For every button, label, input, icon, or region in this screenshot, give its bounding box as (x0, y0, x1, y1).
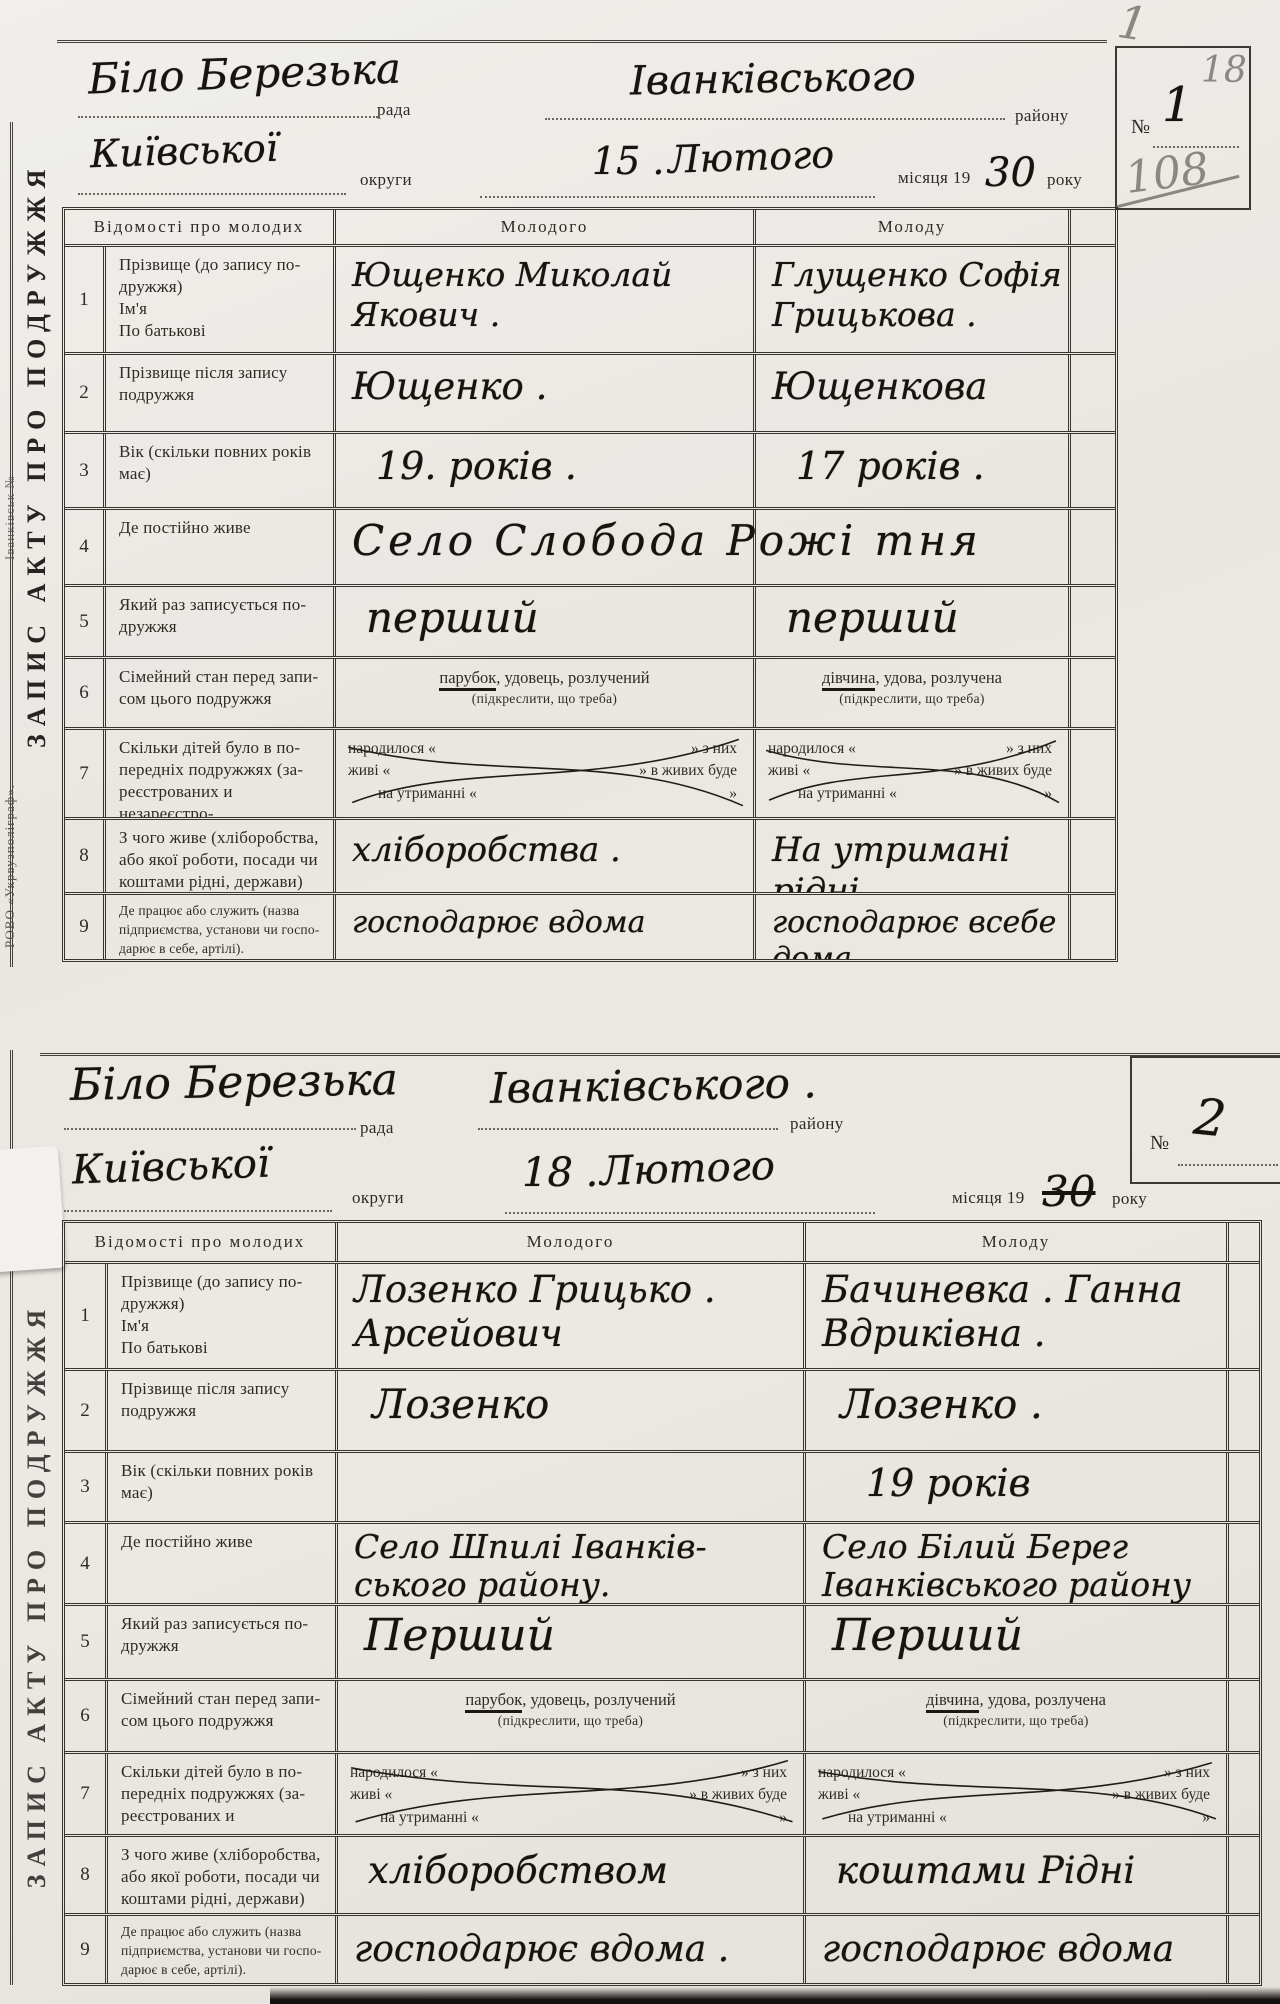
printer-imprint-2: Іванківськ № (2, 240, 18, 560)
blank-line (478, 1128, 778, 1130)
record-number-box-1: № 1 18 108 (1115, 46, 1251, 210)
table-row: 7 Скільки дітей було в по- передніх подр… (65, 1751, 1259, 1834)
blank-cell (1068, 587, 1121, 656)
underlined-option: парубок (465, 1690, 522, 1713)
margin-title-form2: ЗАПИС АКТУ ПРО ПОДРУЖЖЯ (22, 1295, 52, 1895)
margin-title-form1: ЗАПИС АКТУ ПРО ПОДРУЖЖЯ (22, 163, 52, 748)
okruha-name-handwritten: Київської (89, 129, 278, 175)
okruhy-label: округи (352, 1188, 404, 1208)
blank-cell (1068, 247, 1121, 352)
record-number-handwritten: 1 (1162, 80, 1193, 130)
record-number-box-2: № 2 (1130, 1056, 1280, 1184)
table-row: 2 Прізвище після запису подружжя Лозенко… (65, 1368, 1259, 1450)
table-row: 6 Сімейний стан перед запи- сом цього по… (65, 656, 1115, 727)
row-label: Скільки дітей було в по- передніх подруж… (103, 730, 333, 817)
groom-workplace: господарює вдома (333, 895, 753, 959)
table-row: 4 Де постійно живе Село Слобода Рожі тня (65, 507, 1115, 584)
underline-instruction: (підкреслити, що треба) (338, 1713, 803, 1729)
blank-line (64, 1128, 356, 1130)
year-handwritten: 30 (1042, 1170, 1095, 1214)
bride-children-fields: народилося «» з них живі «» в живих буде… (803, 1754, 1226, 1834)
marriage-record-table-2: Відомості про молодих Молодого Молоду 1 … (62, 1220, 1262, 1986)
table-row: 4 Де постійно живе Село Шпилі Іванків- с… (65, 1521, 1259, 1603)
groom-children-fields: народилося «» з них живі «» в живих буде… (333, 730, 753, 817)
blank-line (545, 118, 1005, 120)
row-number: 8 (65, 820, 103, 892)
blank-cell (1226, 1524, 1265, 1603)
pencil-number-overlay: 18 (1201, 50, 1247, 91)
blank-cell (1226, 1453, 1265, 1521)
column-header-groom: Молодого (333, 210, 753, 244)
row-number: 3 (65, 1453, 105, 1521)
table-row: 5 Який раз записується по- дружжя Перший… (65, 1603, 1259, 1678)
roku-label: року (1047, 170, 1082, 190)
blank-cell (1226, 1681, 1265, 1751)
row-number: 2 (65, 1371, 105, 1450)
blank-cell (1068, 510, 1121, 584)
bride-workplace: господарює всебе дома (753, 895, 1068, 959)
bride-marriage-count: Перший (803, 1606, 1226, 1678)
raionu-label: району (1015, 106, 1069, 126)
row-label: Де працює або служить (назва підприємств… (105, 1916, 335, 1983)
bride-married-surname: Лозенко . (803, 1371, 1226, 1450)
blank-cell (1068, 820, 1121, 892)
blank-cell (1226, 1606, 1265, 1678)
row-number: 5 (65, 587, 103, 656)
bride-age: 17 років . (753, 434, 1068, 507)
blank-line (78, 193, 346, 195)
crossout-mark (342, 1757, 797, 1829)
bride-married-surname: Ющенкова (753, 355, 1068, 431)
bride-livelihood: коштами Рідні (803, 1837, 1226, 1913)
row-label: Прізвище (до запису по- дружжя) Ім'я По … (105, 1264, 335, 1368)
raion-name-handwritten: Іванківського (630, 56, 916, 103)
groom-workplace: господарює вдома . (335, 1916, 803, 1983)
row-label: Де постійно живе (105, 1524, 335, 1603)
row-label: З чого живе (хліборобства, або якої робо… (103, 820, 333, 892)
column-header-bride: Молоду (803, 1223, 1226, 1261)
okruhy-label: округи (360, 170, 412, 190)
record-number-handwritten: 2 (1191, 1090, 1228, 1146)
pencil-page-number: 1 (1114, 0, 1151, 52)
blank-cell (1068, 895, 1121, 959)
groom-marriage-count: Перший (335, 1606, 803, 1678)
column-header-info: Відомості про молодих (65, 1223, 335, 1261)
form1-top-rule (57, 40, 1107, 43)
row-label: Прізвище після запису подружжя (103, 355, 333, 431)
row-number: 3 (65, 434, 103, 507)
table-row: 7 Скільки дітей було в по- передніх подр… (65, 727, 1115, 817)
rada-label: рада (377, 100, 411, 120)
blank-cell (1226, 1754, 1265, 1834)
blank-line (64, 1210, 332, 1212)
council-name-handwritten: Біло Березька (70, 1057, 399, 1109)
blank-line (480, 196, 875, 198)
row-number: 7 (65, 730, 103, 817)
table-row: 9 Де працює або служить (назва підприємс… (65, 892, 1115, 959)
underline-instruction: (підкреслити, що треба) (756, 691, 1068, 707)
row-number: 9 (65, 1916, 105, 1983)
month-handwritten: Лютого (599, 1145, 775, 1193)
table-header-row: Відомості про молодих Молодого Молоду (65, 1223, 1259, 1261)
groom-children-fields: народилося «» з них живі «» в живих буде… (335, 1754, 803, 1834)
table-row: 1 Прізвище (до запису по- дружжя) Ім'я П… (65, 1261, 1259, 1368)
column-header-blank (1226, 1223, 1265, 1261)
row-label: З чого живе (хліборобства, або якої робо… (105, 1837, 335, 1913)
torn-paper-patch (0, 1146, 66, 1273)
row-label: Прізвище після запису подружжя (105, 1371, 335, 1450)
table-header-row: Відомості про молодих Молодого Молоду (65, 210, 1115, 244)
row-number: 6 (65, 659, 103, 727)
form2-top-rule (40, 1053, 1280, 1056)
blank-cell (1226, 1837, 1265, 1913)
okruha-name-handwritten: Київської (71, 1143, 270, 1192)
underlined-option: парубок (439, 668, 496, 691)
day-handwritten: 18 . (522, 1152, 598, 1194)
bride-marriage-count: перший (753, 587, 1068, 656)
row-label: Сімейний стан перед запи- сом цього подр… (105, 1681, 335, 1751)
status-options-rest: , удовець, розлучений (496, 668, 649, 687)
row-number: 6 (65, 1681, 105, 1751)
column-header-blank (1068, 210, 1121, 244)
row-label: Сімейний стан перед запи- сом цього подр… (103, 659, 333, 727)
table-row: 8 З чого живе (хліборобства, або якої ро… (65, 817, 1115, 892)
row-label: Скільки дітей було в по- передніх подруж… (105, 1754, 335, 1834)
underline-instruction: (підкреслити, що треба) (806, 1713, 1226, 1729)
council-name-handwritten: Біло Березька (87, 47, 401, 102)
row-number: 7 (65, 1754, 105, 1834)
blank-cell (1068, 659, 1121, 727)
underlined-option: дівчина (926, 1690, 979, 1713)
day-handwritten: 15 . (592, 142, 665, 182)
table-row: 5 Який раз записується по- дружжя перший… (65, 584, 1115, 656)
column-header-info: Відомості про молодих (65, 210, 333, 244)
row-label: Прізвище (до запису по- дружжя) Ім'я По … (103, 247, 333, 352)
scanned-page: ЗАПИС АКТУ ПРО ПОДРУЖЖЯ ЗАПИС АКТУ ПРО П… (0, 0, 1280, 2004)
row-label: Вік (скільки повних років має) (103, 434, 333, 507)
roku-label: року (1112, 1189, 1147, 1209)
row-number: 8 (65, 1837, 105, 1913)
table-row: 9 Де працює або служить (назва підприємс… (65, 1913, 1259, 1983)
bride-full-name: Глущенко Софія Грицькова . (753, 247, 1068, 352)
column-header-groom: Молодого (335, 1223, 803, 1261)
groom-marital-status-options: парубок, удовець, розлучений (підкреслит… (333, 659, 753, 727)
raionu-label: району (790, 1114, 844, 1134)
groom-residence: Село Шпилі Іванків- ського району. (335, 1524, 803, 1603)
crossout-mark (340, 733, 747, 812)
crossout-mark (760, 733, 1062, 812)
scan-shadow (270, 1987, 1280, 2004)
blank-cell (1226, 1264, 1265, 1368)
groom-full-name: Ющенко Миколай Якович . (333, 247, 753, 352)
bride-full-name: Бачиневка . Ганна Вдриківна . (803, 1264, 1226, 1368)
row-number: 5 (65, 1606, 105, 1678)
underline-instruction: (підкреслити, що треба) (336, 691, 753, 707)
row-label: Який раз записується по- дружжя (105, 1606, 335, 1678)
table-row: 3 Вік (скільки повних років має) 19. рок… (65, 431, 1115, 507)
groom-married-surname: Лозенко (335, 1371, 803, 1450)
month-handwritten: Лютого (667, 135, 834, 181)
blank-cell (1068, 355, 1121, 431)
row-number: 2 (65, 355, 103, 431)
row-label: Вік (скільки повних років має) (105, 1453, 335, 1521)
bride-residence: Село Білий Берег Іванківського району (803, 1524, 1226, 1603)
bride-livelihood: На утримані рідні (753, 820, 1068, 892)
groom-age (335, 1453, 803, 1521)
row-number: 1 (65, 1264, 105, 1368)
printer-imprint: РОВО «Укрвузполіграф». (2, 548, 18, 948)
table-row: 2 Прізвище після запису подружжя Ющенко … (65, 352, 1115, 431)
status-options-rest: , удова, розлучена (979, 1690, 1106, 1709)
bride-age: 19 років (803, 1453, 1226, 1521)
blank-line (1178, 1164, 1278, 1166)
row-number: 9 (65, 895, 103, 959)
no-sign: № (1150, 1132, 1169, 1155)
blank-line (78, 116, 378, 118)
table-row: 6 Сімейний стан перед запи- сом цього по… (65, 1678, 1259, 1751)
groom-livelihood: хліборобства . (333, 820, 753, 892)
row-number: 4 (65, 510, 103, 584)
groom-age: 19. років . (333, 434, 753, 507)
groom-marriage-count: перший (333, 587, 753, 656)
bride-children-fields: народилося «» з них живі «» в живих буде… (753, 730, 1068, 817)
crossout-mark (810, 1757, 1220, 1829)
rada-label: рада (360, 1118, 394, 1138)
bride-marital-status-options: дівчина, удова, розлучена (підкреслити, … (803, 1681, 1226, 1751)
groom-livelihood: хліборобством (335, 1837, 803, 1913)
no-sign: № (1131, 116, 1150, 139)
row-label: Де працює або служить (назва підприємств… (103, 895, 333, 959)
bride-workplace: господарює вдома (803, 1916, 1226, 1983)
underlined-option: дівчина (822, 668, 875, 691)
row-number: 4 (65, 1524, 105, 1603)
row-label: Де постійно живе (103, 510, 333, 584)
blank-cell (1068, 434, 1121, 507)
status-options-rest: , удовець, розлучений (522, 1690, 675, 1709)
residence-entry: Село Слобода Рожі тня (333, 510, 753, 584)
row-label: Який раз записується по- дружжя (103, 587, 333, 656)
blank-cell (1068, 730, 1121, 817)
status-options-rest: , удова, розлучена (875, 668, 1002, 687)
groom-marital-status-options: парубок, удовець, розлучений (підкреслит… (335, 1681, 803, 1751)
table-row: 8 З чого живе (хліборобства, або якої ро… (65, 1834, 1259, 1913)
blank-cell (1226, 1916, 1265, 1983)
groom-full-name: Лозенко Грицько . Арсейович (335, 1264, 803, 1368)
groom-married-surname: Ющенко . (333, 355, 753, 431)
year-handwritten: 30 (985, 152, 1036, 194)
column-header-bride: Молоду (753, 210, 1068, 244)
misiatsia-label: місяця 19 (952, 1188, 1025, 1208)
table-row: 1 Прізвище (до запису по- дружжя) Ім'я П… (65, 244, 1115, 352)
blank-line (505, 1212, 875, 1214)
raion-name-handwritten: Іванківського . (490, 1061, 817, 1111)
bride-marital-status-options: дівчина, удова, розлучена (підкреслити, … (753, 659, 1068, 727)
misiatsia-label: місяця 19 (898, 168, 971, 188)
blank-cell (1226, 1371, 1265, 1450)
row-number: 1 (65, 247, 103, 352)
marriage-record-table-1: Відомості про молодих Молодого Молоду 1 … (62, 207, 1118, 962)
table-row: 3 Вік (скільки повних років має) 19 рокі… (65, 1450, 1259, 1521)
